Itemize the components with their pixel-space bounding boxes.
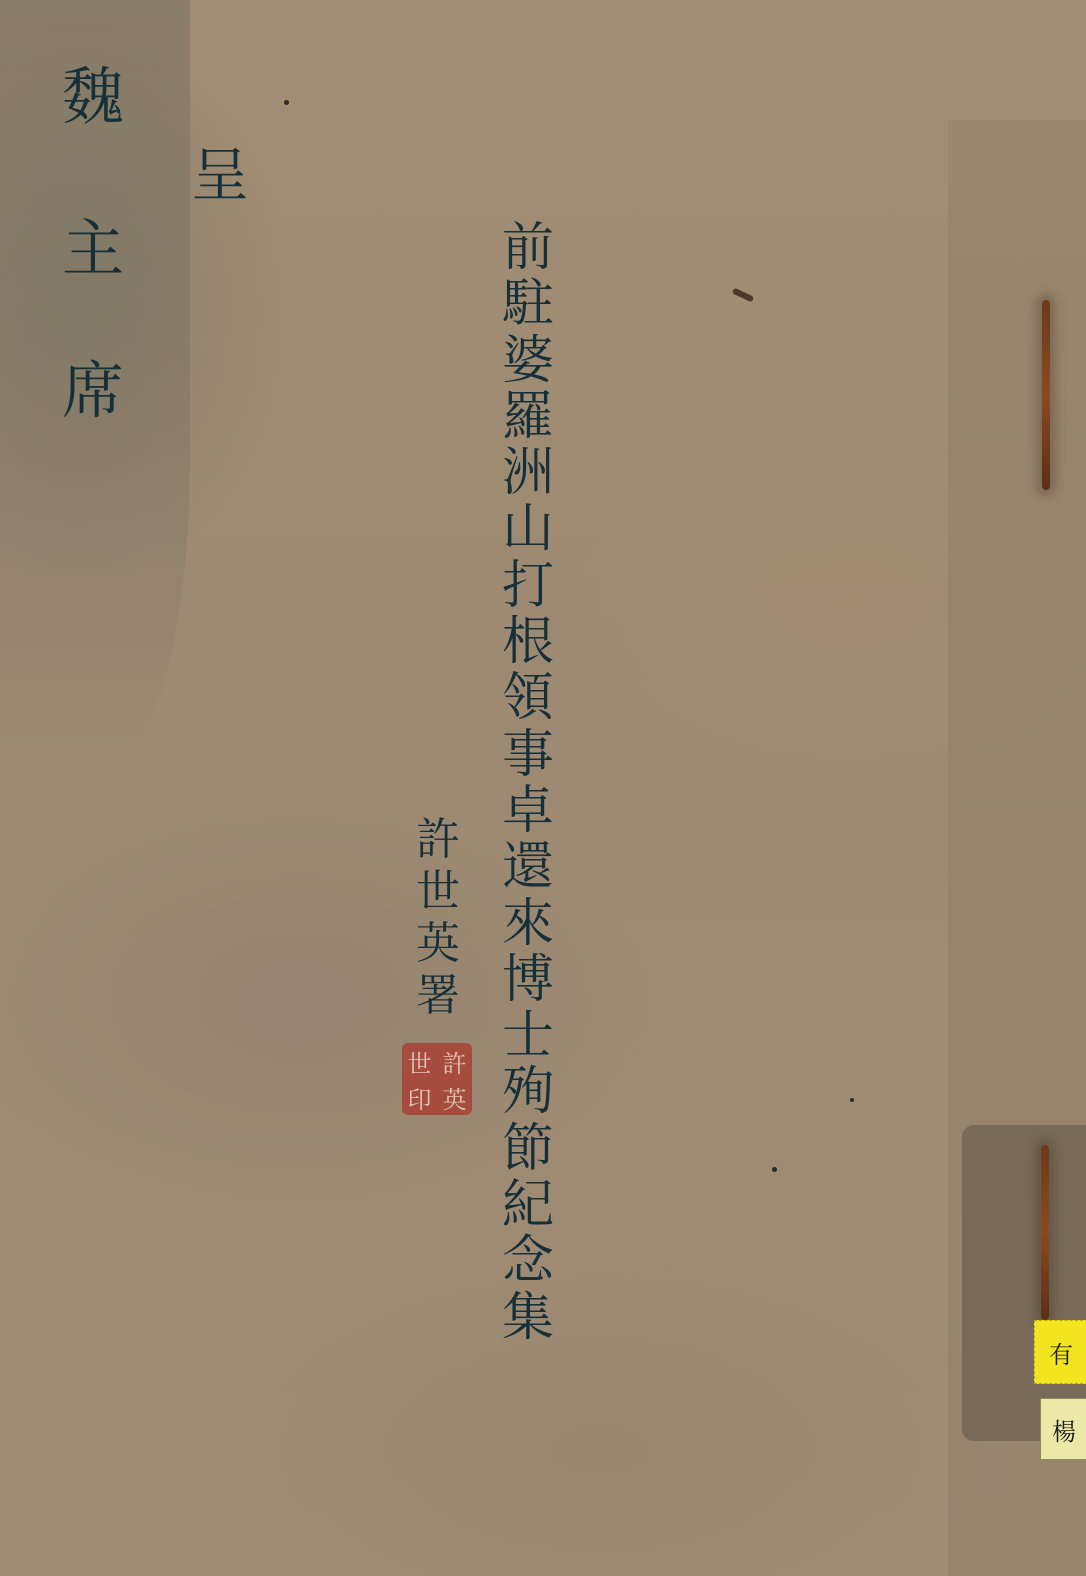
rusted-staple [1041,1145,1049,1320]
ink-speck [850,1098,854,1102]
title-char: 洲 [502,447,554,503]
repair-tape [962,1125,1086,1441]
title-char: 節 [502,1123,554,1179]
author-char: 署 [416,974,460,1026]
title-char: 紀 [502,1179,554,1235]
label-text: 楊 [1052,1412,1076,1447]
ink-speck [772,1167,777,1172]
label-text: 有 [1049,1335,1073,1370]
author-char: 世 [416,870,460,922]
title-char: 來 [502,898,554,954]
author-signature: 許 世 英 署 [408,818,468,1026]
recipient-char: 席 [62,360,124,422]
title-char: 婆 [502,335,554,391]
title-char: 念 [502,1235,554,1291]
rusted-staple [1042,300,1050,490]
title-char: 卓 [502,785,554,841]
title-char: 博 [502,954,554,1010]
title-char: 事 [502,729,554,785]
title-char: 山 [502,503,554,559]
title-char: 前 [502,222,554,278]
presented-inscription: 呈 [188,146,252,204]
ink-speck [284,100,289,105]
title-char: 士 [502,1010,554,1066]
author-char: 許 [416,818,460,870]
title-char: 羅 [502,391,554,447]
book-title: 前 駐 婆 羅 洲 山 打 根 領 事 卓 還 來 博 士 殉 節 紀 念 集 [488,222,568,1348]
library-label-pale: 楊 [1040,1398,1086,1460]
title-char: 還 [502,841,554,897]
title-char: 根 [502,616,554,672]
recipient-char: 主 [62,218,124,280]
title-char: 駐 [502,278,554,334]
title-char: 打 [502,560,554,616]
seal-char: 英 [443,1080,467,1115]
red-seal-stamp: 世 許 印 英 [402,1043,472,1115]
seal-char: 世 [408,1044,432,1079]
recipient-inscription: 魏 主 席 [48,66,138,422]
recipient-char: 魏 [62,66,124,128]
seal-char: 許 [443,1044,467,1079]
library-label-yellow: 有 [1034,1320,1086,1384]
author-char: 英 [416,922,460,974]
title-char: 殉 [502,1066,554,1122]
title-char: 集 [502,1292,554,1348]
seal-char: 印 [408,1080,432,1115]
presented-char: 呈 [191,146,249,204]
title-char: 領 [502,672,554,728]
